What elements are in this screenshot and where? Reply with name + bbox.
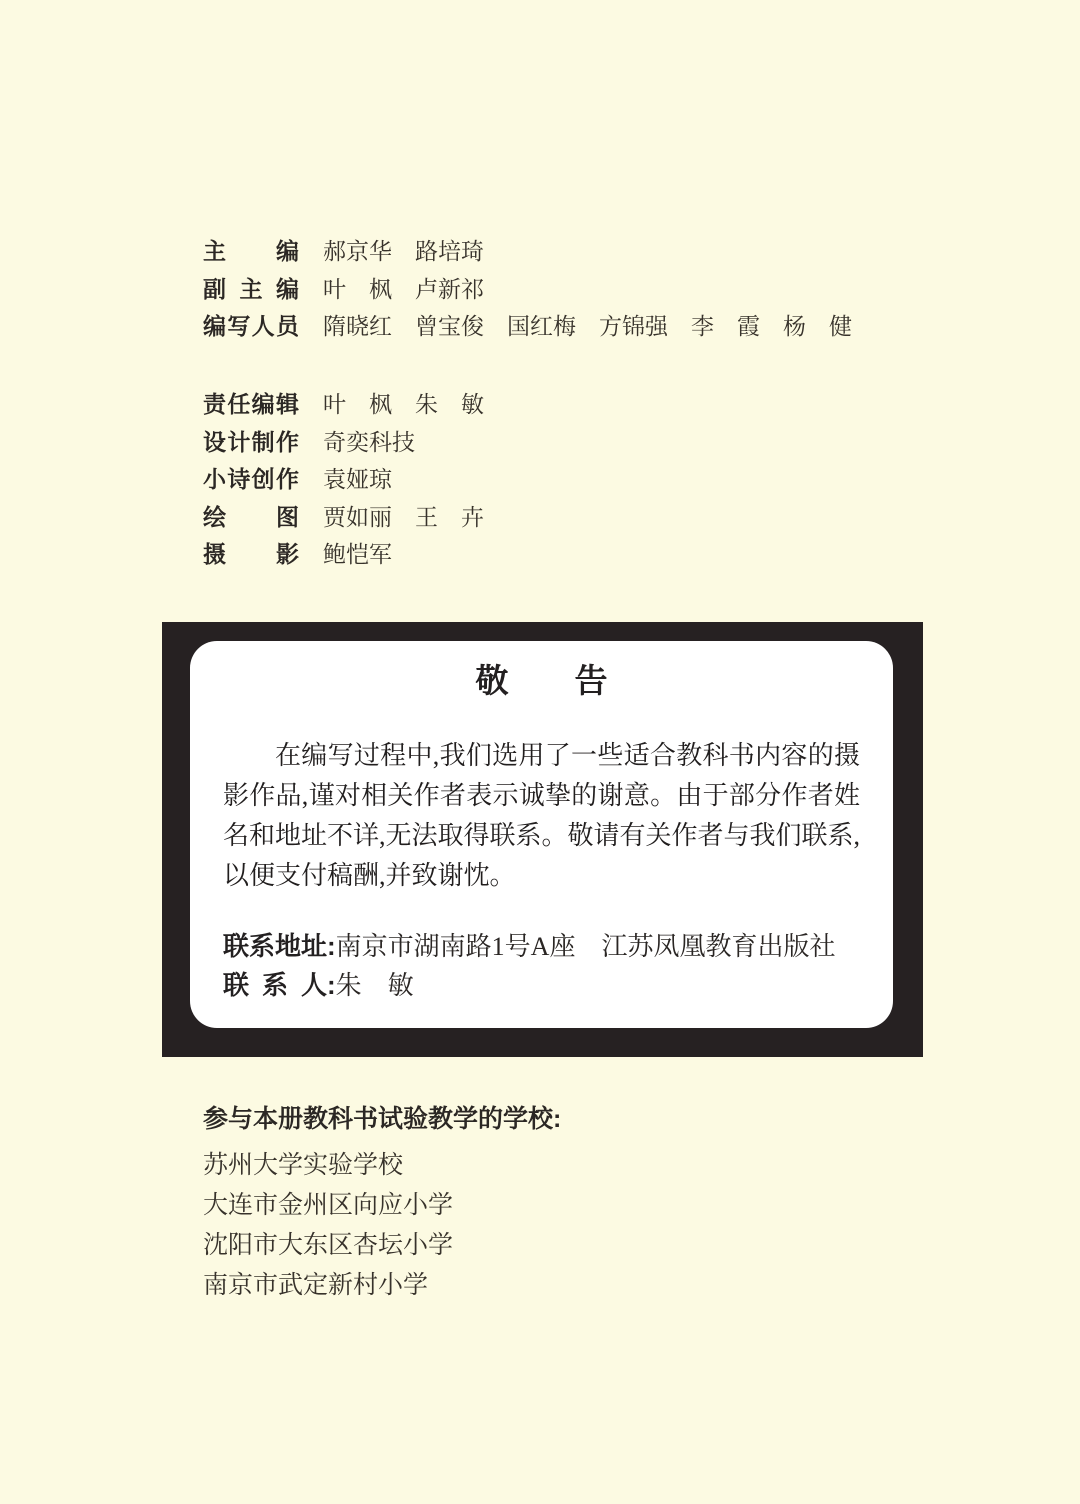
credit-row-design: 设计制作 奇奕科技 [203, 424, 484, 462]
contact-person-value: 朱 敏 [336, 971, 414, 1000]
credit-label: 绘图 [203, 499, 299, 537]
credit-label: 摄影 [203, 536, 299, 574]
credit-label: 设计制作 [203, 424, 299, 462]
credit-row-illustration: 绘图 贾如丽 王 卉 [203, 499, 484, 537]
credit-row-deputy-editor: 副主编 叶 枫 卢新祁 [203, 271, 852, 309]
production-credits: 责任编辑 叶 枫 朱 敏 设计制作 奇奕科技 小诗创作 袁娅琼 绘图 贾如丽 王… [203, 386, 484, 574]
credit-names: 奇奕科技 [323, 424, 415, 462]
school-item: 苏州大学实验学校 [203, 1146, 561, 1186]
notice-card: 敬 告 在编写过程中,我们选用了一些适合教科书内容的摄影作品,谨对相关作者表示诚… [190, 641, 893, 1028]
school-item: 沈阳市大东区杏坛小学 [203, 1226, 561, 1266]
credit-row-chief-editor: 主编 郝京华 路培琦 [203, 233, 852, 271]
notice-body: 在编写过程中,我们选用了一些适合教科书内容的摄影作品,谨对相关作者表示诚挚的谢意… [223, 736, 860, 896]
credit-names: 隋晓红 曾宝俊 国红梅 方锦强 李 霞 杨 健 [323, 308, 852, 346]
credit-names: 叶 枫 卢新祁 [323, 271, 484, 309]
editorial-credits: 主编 郝京华 路培琦 副主编 叶 枫 卢新祁 编写人员 隋晓红 曾宝俊 国红梅 … [203, 233, 852, 346]
credit-names: 鲍恺军 [323, 536, 392, 574]
contact-address-label: 联系地址: [223, 931, 336, 961]
credit-label: 编写人员 [203, 308, 299, 346]
credit-row-writers: 编写人员 隋晓红 曾宝俊 国红梅 方锦强 李 霞 杨 健 [203, 308, 852, 346]
trial-schools-list: 苏州大学实验学校 大连市金州区向应小学 沈阳市大东区杏坛小学 南京市武定新村小学 [203, 1146, 561, 1306]
notice-title: 敬 告 [223, 661, 860, 701]
trial-schools-section: 参与本册教科书试验教学的学校: 苏州大学实验学校 大连市金州区向应小学 沈阳市大… [203, 1102, 561, 1306]
contact-person-line: 联 系 人:朱 敏 [223, 966, 860, 1005]
credit-row-responsible-editor: 责任编辑 叶 枫 朱 敏 [203, 386, 484, 424]
notice-frame: 敬 告 在编写过程中,我们选用了一些适合教科书内容的摄影作品,谨对相关作者表示诚… [162, 622, 923, 1057]
credit-label: 小诗创作 [203, 461, 299, 499]
credit-names: 贾如丽 王 卉 [323, 499, 484, 537]
credit-row-photography: 摄影 鲍恺军 [203, 536, 484, 574]
trial-schools-heading: 参与本册教科书试验教学的学校: [203, 1102, 561, 1136]
credit-label: 副主编 [203, 271, 299, 309]
contact-address-line: 联系地址:南京市湖南路1号A座 江苏凤凰教育出版社 [223, 927, 860, 966]
credit-names: 袁娅琼 [323, 461, 392, 499]
credit-row-poetry: 小诗创作 袁娅琼 [203, 461, 484, 499]
school-item: 大连市金州区向应小学 [203, 1186, 561, 1226]
credit-label: 主编 [203, 233, 299, 271]
contact-address-value: 南京市湖南路1号A座 江苏凤凰教育出版社 [336, 932, 836, 961]
contact-person-label: 联 系 人: [223, 970, 336, 1000]
book-credits-page: 主编 郝京华 路培琦 副主编 叶 枫 卢新祁 编写人员 隋晓红 曾宝俊 国红梅 … [0, 0, 1080, 1504]
credit-label: 责任编辑 [203, 386, 299, 424]
school-item: 南京市武定新村小学 [203, 1266, 561, 1306]
credit-names: 郝京华 路培琦 [323, 233, 484, 271]
credit-names: 叶 枫 朱 敏 [323, 386, 484, 424]
